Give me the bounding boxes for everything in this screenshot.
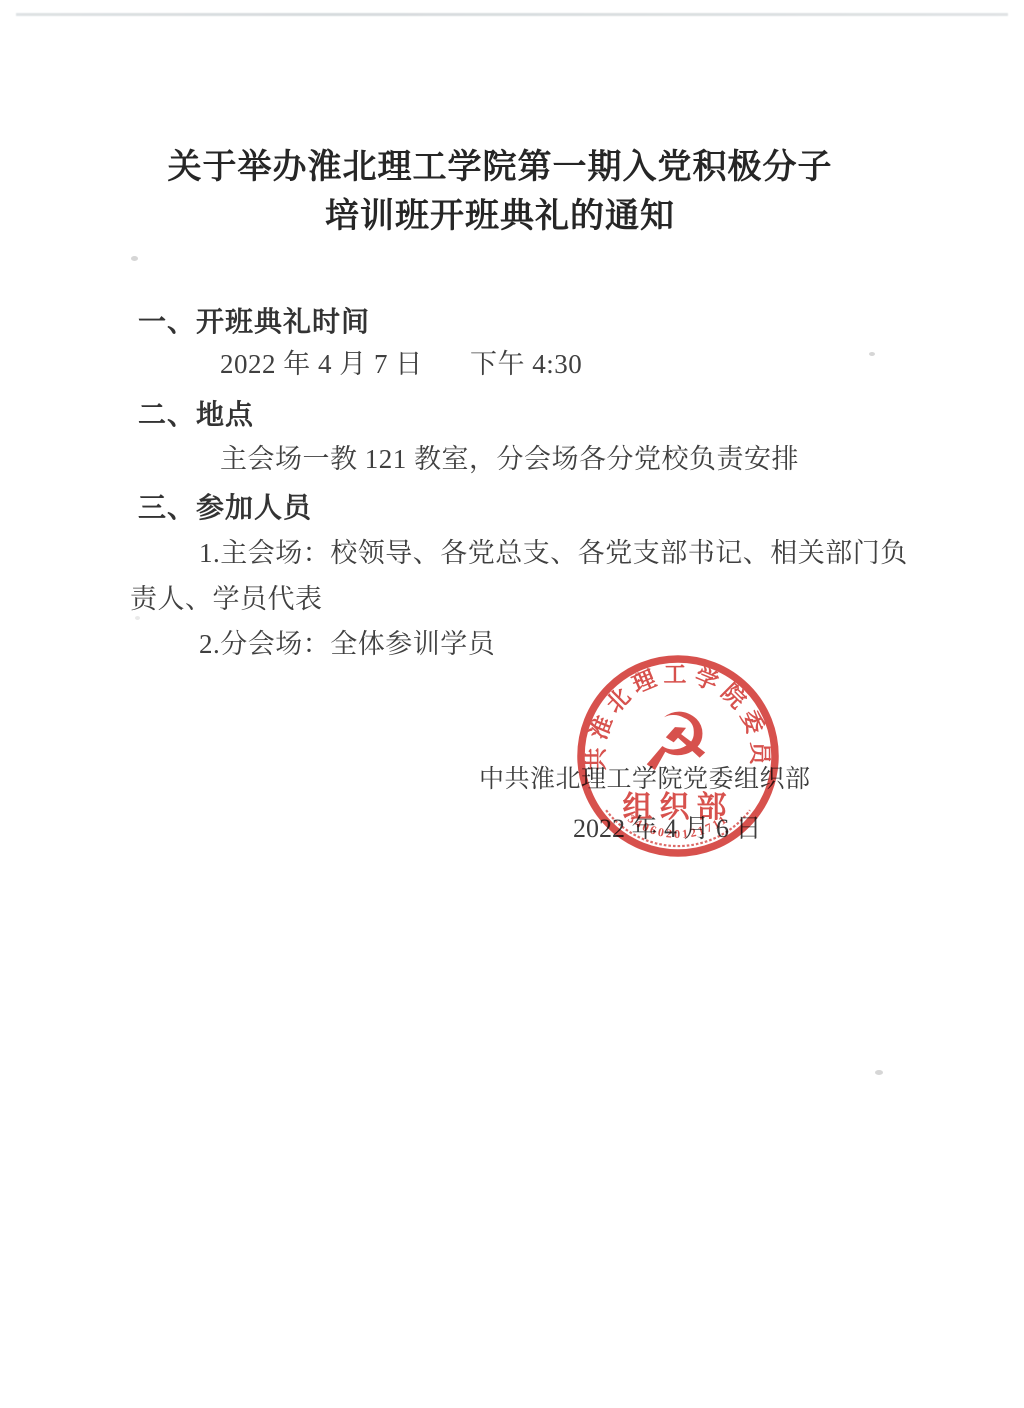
scan-speck [135,616,140,620]
venue-line: 主会场一教 121 教室，分会场各分党校负责安排 [220,437,799,476]
notice-title: 关于举办淮北理工学院第一期入党积极分子 培训班开班典礼的通知 [0,143,1000,241]
section-heading-place: 二、地点 [138,393,254,433]
section-heading-time: 一、开班典礼时间 [138,300,370,340]
scan-speck [875,1070,883,1075]
ceremony-date: 2022 年 4 月 7 日 [220,349,423,379]
signature-org: 中共淮北理工学院党委组织部 [479,759,811,795]
ceremony-datetime-line: 2022 年 4 月 7 日 下午 4:30 [220,342,582,381]
seal-ring-text: 中共淮北理工学院委员会 [572,650,772,771]
participants-item2: 2.分会场：全体参训学员 [199,622,495,661]
participants-item1-line1: 1.主会场：校领导、各党总支、各党支部书记、相关部门负 [199,531,908,570]
notice-title-line2: 培训班开班典礼的通知 [0,192,1000,241]
participants-item1-line2: 责人、学员代表 [130,577,323,616]
scan-artifact-band [16,13,1008,16]
ceremony-time: 下午 4:30 [470,342,582,381]
scan-speck [131,256,138,261]
signature-date: 2022 年 4 月 6 日 [573,808,762,845]
notice-title-line1: 关于举办淮北理工学院第一期入党积极分子 [0,143,1000,192]
section-heading-participants: 三、参加人员 [138,486,312,526]
scan-speck [869,352,875,356]
scanned-notice-page: 关于举办淮北理工学院第一期入党积极分子 培训班开班典礼的通知 一、开班典礼时间 … [0,0,1024,1408]
